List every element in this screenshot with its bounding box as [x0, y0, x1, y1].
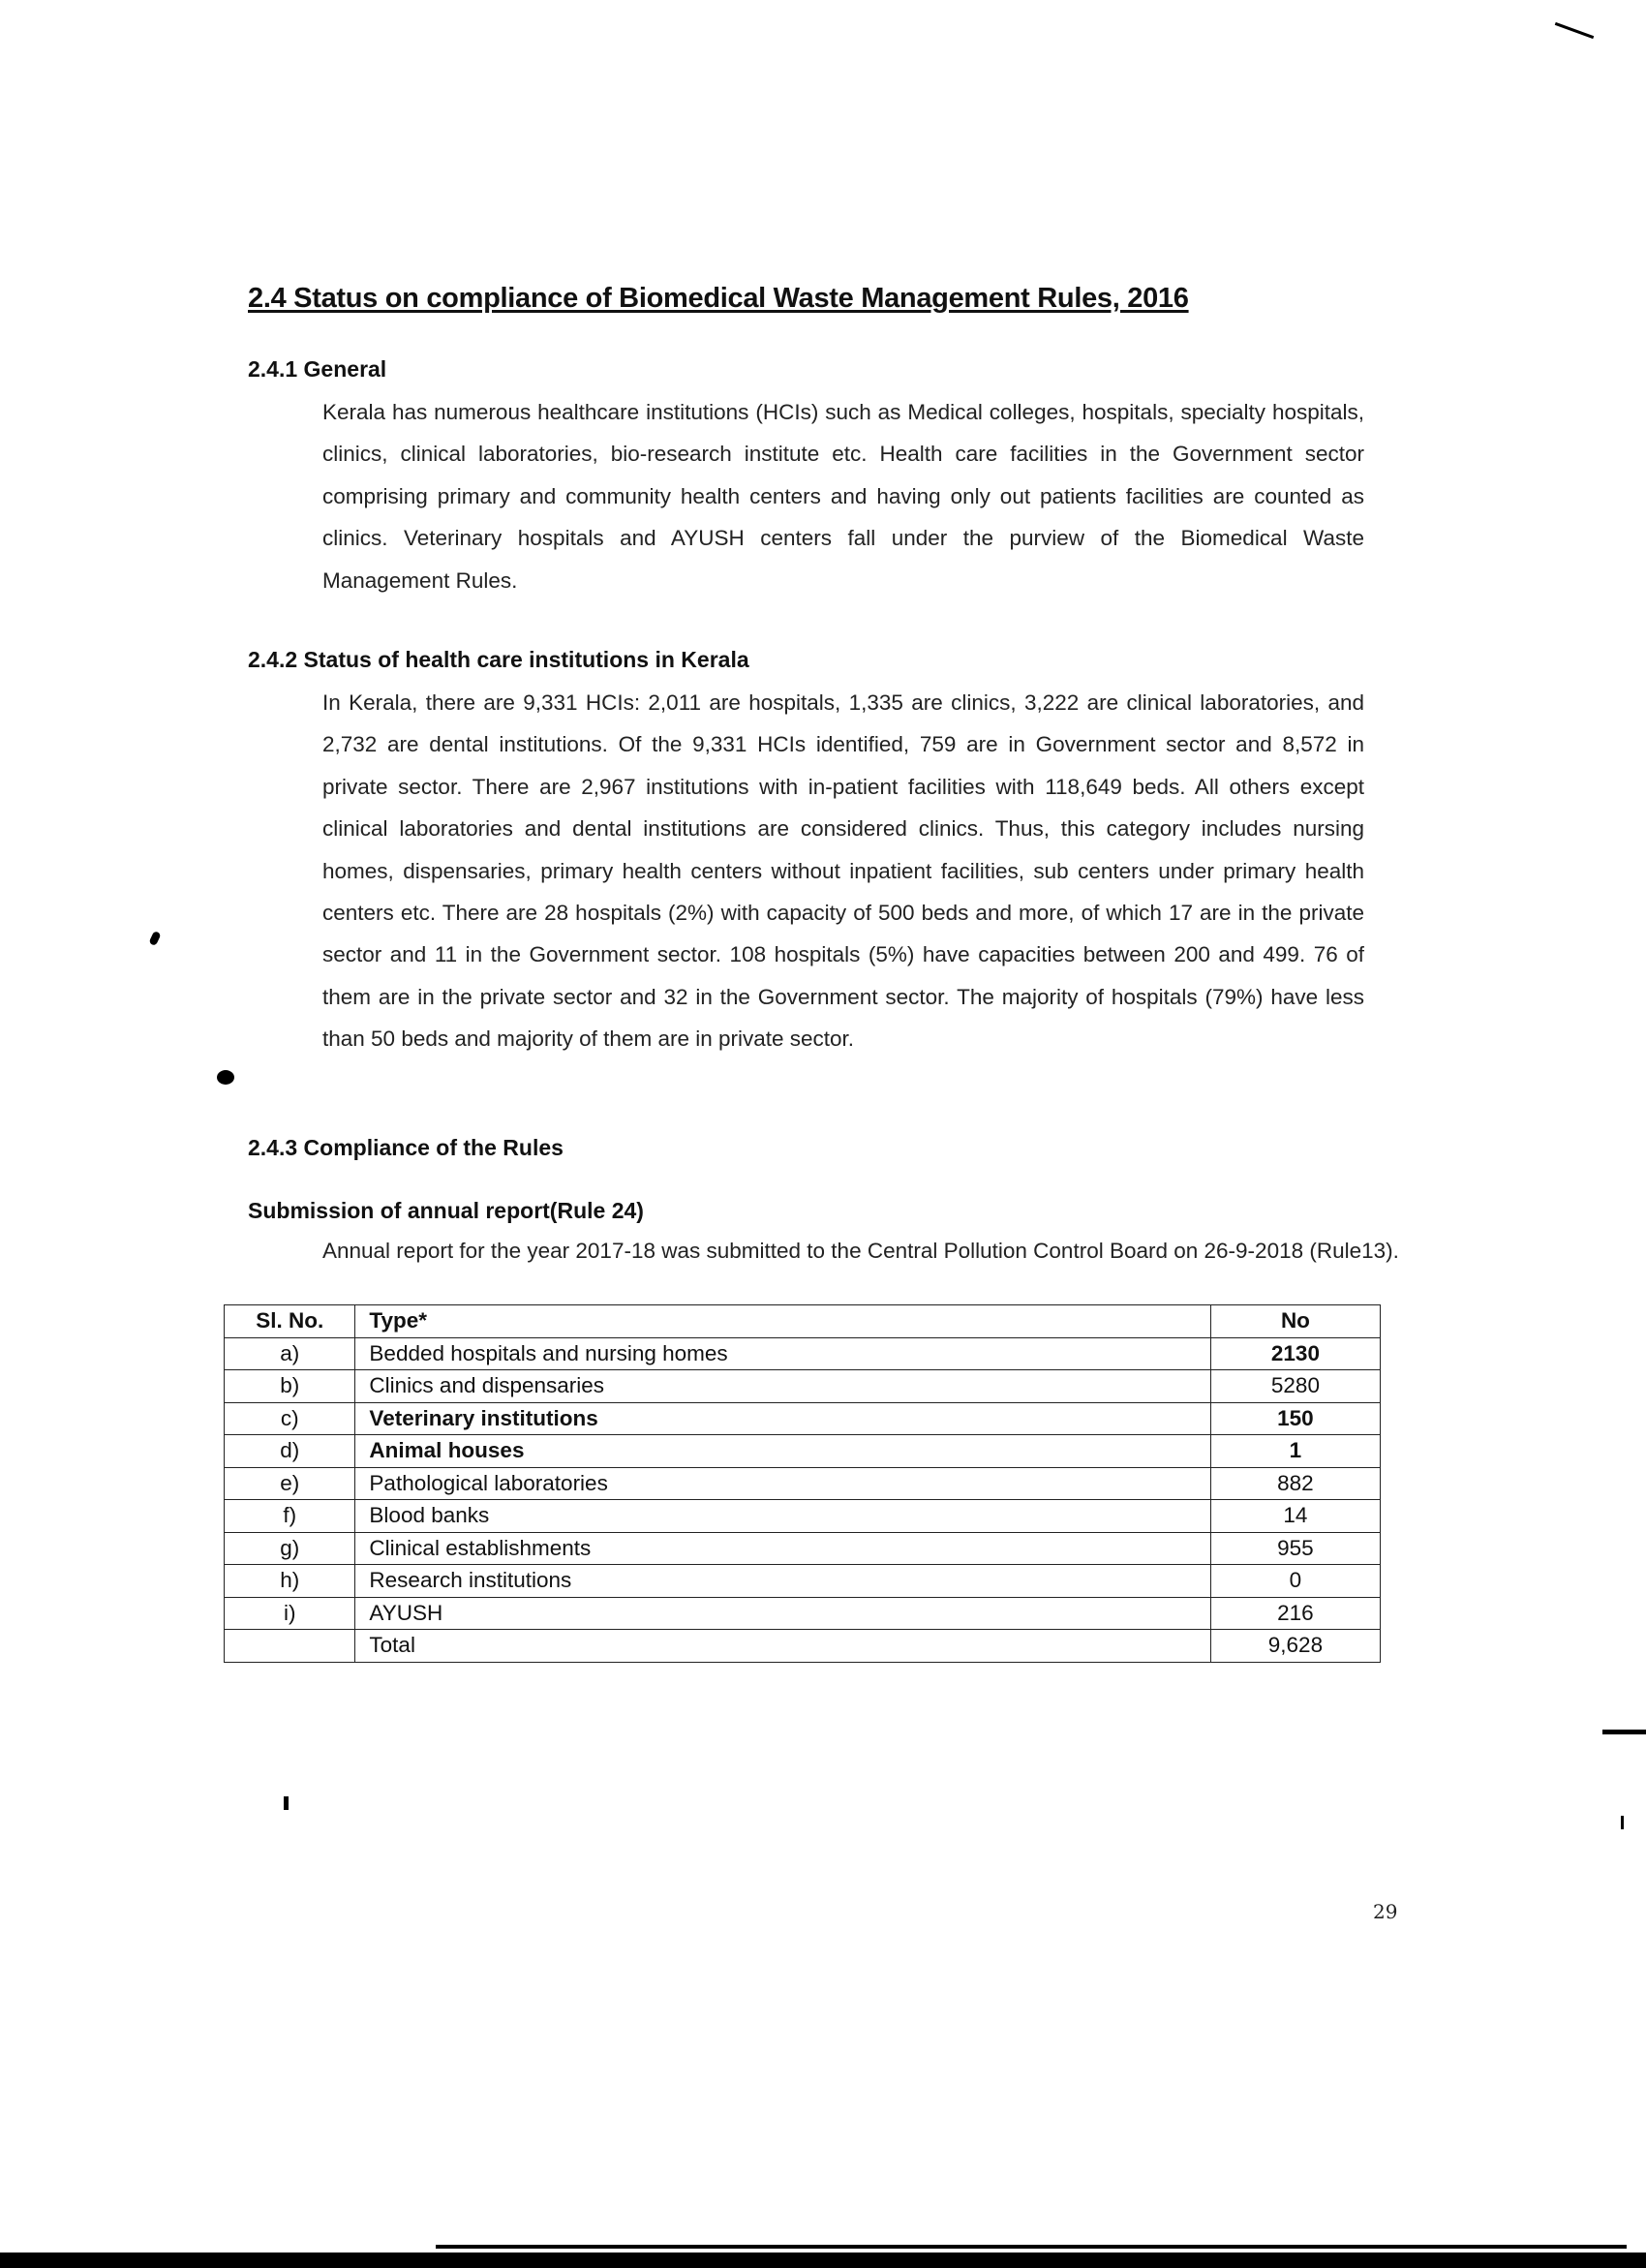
- paragraph-status: In Kerala, there are 9,331 HCIs: 2,011 a…: [322, 682, 1364, 1060]
- paragraph-annual-report: Annual report for the year 2017-18 was s…: [322, 1238, 1426, 1264]
- scan-mark: [1555, 22, 1594, 39]
- sl-cell: a): [225, 1337, 355, 1370]
- paragraph-general: Kerala has numerous healthcare instituti…: [322, 391, 1364, 601]
- scan-mark: [1602, 1730, 1646, 1734]
- sl-cell: [225, 1630, 355, 1663]
- table-row: d)Animal houses1: [225, 1435, 1381, 1468]
- page-number: 29: [1373, 1900, 1397, 1923]
- table-row: i)AYUSH216: [225, 1597, 1381, 1630]
- sl-cell: g): [225, 1532, 355, 1565]
- count-cell: 150: [1210, 1402, 1380, 1435]
- count-cell: 5280: [1210, 1370, 1380, 1403]
- section-title: 2.4 Status on compliance of Biomedical W…: [248, 283, 1189, 315]
- header-no: No: [1210, 1305, 1380, 1338]
- count-cell: 955: [1210, 1532, 1380, 1565]
- table-row: h)Research institutions0: [225, 1565, 1381, 1598]
- count-cell: 9,628: [1210, 1630, 1380, 1663]
- type-cell: Veterinary institutions: [355, 1402, 1210, 1435]
- type-cell: Clinics and dispensaries: [355, 1370, 1210, 1403]
- heading-compliance: 2.4.3 Compliance of the Rules: [248, 1135, 564, 1161]
- table-row: f)Blood banks14: [225, 1500, 1381, 1533]
- scan-mark: [1621, 1816, 1624, 1829]
- type-cell: Bedded hospitals and nursing homes: [355, 1337, 1210, 1370]
- type-cell: Blood banks: [355, 1500, 1210, 1533]
- institutions-table: Sl. No. Type* No a)Bedded hospitals and …: [224, 1304, 1381, 1663]
- scan-mark: [284, 1796, 289, 1810]
- scan-edge: [0, 2253, 1646, 2268]
- sl-cell: f): [225, 1500, 355, 1533]
- type-cell: Animal houses: [355, 1435, 1210, 1468]
- sl-cell: d): [225, 1435, 355, 1468]
- header-type: Type*: [355, 1305, 1210, 1338]
- sl-cell: e): [225, 1467, 355, 1500]
- count-cell: 882: [1210, 1467, 1380, 1500]
- table-row: Total9,628: [225, 1630, 1381, 1663]
- sl-cell: b): [225, 1370, 355, 1403]
- scan-mark: [148, 931, 161, 946]
- table-row: a)Bedded hospitals and nursing homes2130: [225, 1337, 1381, 1370]
- type-cell: AYUSH: [355, 1597, 1210, 1630]
- count-cell: 1: [1210, 1435, 1380, 1468]
- scan-edge: [436, 2245, 1627, 2249]
- count-cell: 14: [1210, 1500, 1380, 1533]
- table-header-row: Sl. No. Type* No: [225, 1305, 1381, 1338]
- table-row: g)Clinical establishments955: [225, 1532, 1381, 1565]
- count-cell: 216: [1210, 1597, 1380, 1630]
- scan-mark: [217, 1070, 234, 1085]
- type-cell: Clinical establishments: [355, 1532, 1210, 1565]
- type-cell: Research institutions: [355, 1565, 1210, 1598]
- heading-general: 2.4.1 General: [248, 356, 386, 383]
- table-row: e)Pathological laboratories882: [225, 1467, 1381, 1500]
- count-cell: 0: [1210, 1565, 1380, 1598]
- table-row: b)Clinics and dispensaries5280: [225, 1370, 1381, 1403]
- type-cell: Pathological laboratories: [355, 1467, 1210, 1500]
- count-cell: 2130: [1210, 1337, 1380, 1370]
- sl-cell: h): [225, 1565, 355, 1598]
- table-row: c)Veterinary institutions150: [225, 1402, 1381, 1435]
- sl-cell: i): [225, 1597, 355, 1630]
- type-cell: Total: [355, 1630, 1210, 1663]
- sl-cell: c): [225, 1402, 355, 1435]
- heading-status: 2.4.2 Status of health care institutions…: [248, 647, 749, 673]
- header-sl-no: Sl. No.: [225, 1305, 355, 1338]
- subheading-annual-report: Submission of annual report(Rule 24): [248, 1198, 644, 1224]
